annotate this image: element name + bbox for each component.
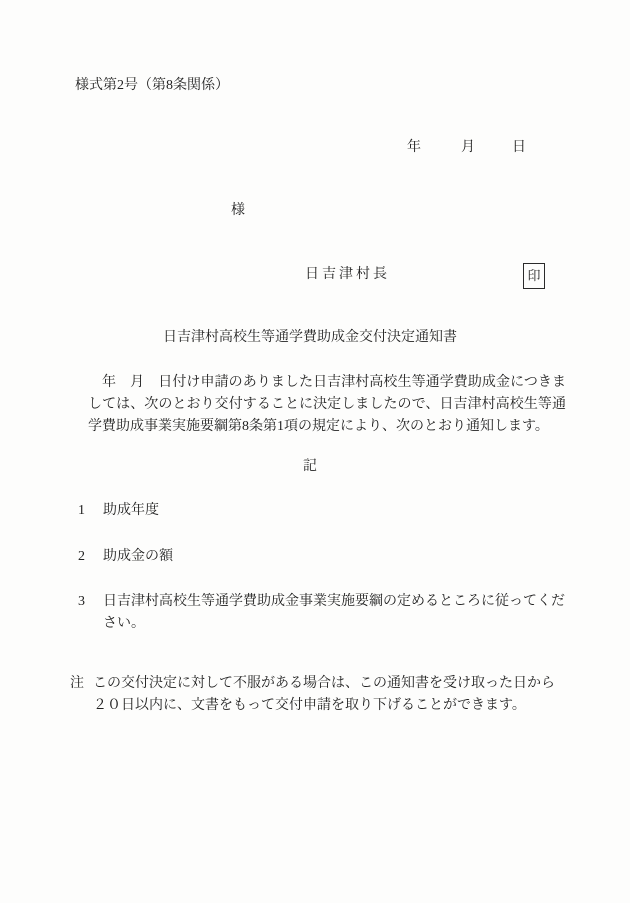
date-day-label: 日	[512, 140, 526, 157]
item-text: 助成金の額	[103, 546, 570, 568]
list-item: 1 助成年度	[78, 500, 570, 522]
document-page: 様式第2号（第8条関係） 年 月 日 様 日吉津村長 印 日吉津村高校生等通学費…	[0, 0, 630, 903]
document-title: 日吉津村高校生等通学費助成金交付決定通知書	[75, 330, 545, 347]
body-paragraph: 年 月 日付け申請のありました日吉津村高校生等通学費助成金につきましては、次のと…	[88, 372, 566, 438]
issuer-name: 日吉津村長	[305, 267, 390, 284]
addressee-honorific: 様	[231, 203, 245, 220]
item-number: 1	[78, 500, 103, 522]
item-number: 2	[78, 546, 103, 568]
list-item: 2 助成金の額	[78, 546, 570, 568]
item-text: 日吉津村高校生等通学費助成金事業実施要綱の定めるところに従ってください。	[103, 591, 570, 635]
seal-label: 印	[527, 268, 540, 284]
footnote-label: 注	[70, 673, 93, 717]
date-year-label: 年	[407, 140, 421, 157]
footnote: 注 この交付決定に対して不服がある場合は、この通知書を受け取った日から２０日以内…	[70, 673, 562, 717]
list-item: 3 日吉津村高校生等通学費助成金事業実施要綱の定めるところに従ってください。	[78, 591, 570, 635]
seal-placeholder: 印	[523, 263, 545, 289]
item-number: 3	[78, 591, 103, 635]
record-heading: 記	[75, 459, 545, 476]
form-number: 様式第2号（第8条関係）	[75, 78, 229, 95]
footnote-text: この交付決定に対して不服がある場合は、この通知書を受け取った日から２０日以内に、…	[93, 673, 562, 717]
date-month-label: 月	[461, 140, 475, 157]
item-text: 助成年度	[103, 500, 570, 522]
